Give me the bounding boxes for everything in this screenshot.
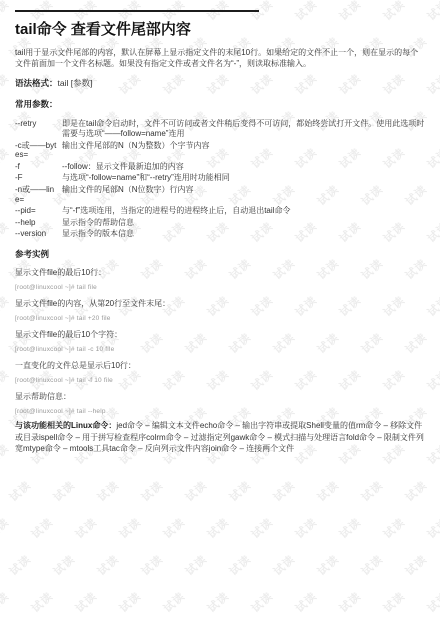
- param-description: --follow：显示文件最新追加的内容: [62, 162, 425, 172]
- example-command: [root@linuxcool ~]# tail --help: [15, 408, 425, 415]
- watermark-text: 试读: [380, 588, 409, 616]
- param-row: -c或——bytes= 输出文件尾部的N（N为整数）个字节内容: [15, 141, 425, 160]
- param-option: --version: [15, 229, 62, 239]
- param-description: 与“-f”选项连用，当指定的进程号的进程终止后，自动退出tail命令: [62, 206, 425, 216]
- watermark-text: 试读: [50, 477, 79, 505]
- watermark-text: 试读: [0, 588, 12, 616]
- document-page: 试读试读试读试读试读试读试读试读试读试读试读试读试读试读试读试读试读试读试读试读…: [0, 0, 440, 620]
- param-row: --help 显示指令的帮助信息: [15, 218, 425, 228]
- param-option: -F: [15, 173, 62, 183]
- watermark-text: 试读: [204, 514, 233, 542]
- watermark-text: 试读: [424, 514, 440, 542]
- param-row: -n或——line= 输出文件的尾部N（N位数字）行内容: [15, 185, 425, 204]
- example-description: 显示文件file的最后10个字符：: [15, 329, 425, 340]
- watermark-text: 试读: [226, 551, 255, 579]
- watermark-text: 试读: [380, 514, 409, 542]
- params-table: --retry 即是在tail命令启动时，文件不可访问或者文件稍后变得不可访问，…: [15, 119, 425, 239]
- watermark-text: 试读: [270, 477, 299, 505]
- watermark-text: 试读: [94, 477, 123, 505]
- param-row: -f --follow：显示文件最新追加的内容: [15, 162, 425, 172]
- watermark-text: 试读: [182, 551, 211, 579]
- param-row: -F 与选项“-follow=name”和“--retry”连用时功能相同: [15, 173, 425, 183]
- param-option: -c或——bytes=: [15, 141, 62, 160]
- watermark-text: 试读: [94, 551, 123, 579]
- watermark-text: 试读: [28, 514, 57, 542]
- watermark-text: 试读: [314, 477, 343, 505]
- watermark-text: 试读: [358, 551, 387, 579]
- watermark-text: 试读: [358, 477, 387, 505]
- param-description: 输出文件尾部的N（N为整数）个字节内容: [62, 141, 425, 160]
- param-description: 与选项“-follow=name”和“--retry”连用时功能相同: [62, 173, 425, 183]
- watermark-text: 试读: [138, 551, 167, 579]
- syntax-line: 语法格式：tail [参数]: [15, 77, 425, 89]
- watermark-text: 试读: [292, 588, 321, 616]
- watermark-text: 试读: [50, 551, 79, 579]
- param-option: -n或——line=: [15, 185, 62, 204]
- watermark-text: 试读: [160, 514, 189, 542]
- params-heading: 常用参数：: [15, 98, 425, 110]
- watermark-text: 试读: [182, 477, 211, 505]
- watermark-text: 试读: [314, 551, 343, 579]
- param-option: -f: [15, 162, 62, 172]
- example-command: [root@linuxcool ~]# tail -c 10 file: [15, 346, 425, 353]
- example-description: 一直变化的文件总是显示后10行：: [15, 360, 425, 371]
- watermark-text: 试读: [270, 551, 299, 579]
- watermark-text: 试读: [248, 514, 277, 542]
- watermark-text: 试读: [28, 588, 57, 616]
- watermark-text: 试读: [116, 514, 145, 542]
- example-command: [root@linuxcool ~]# tail -f 10 file: [15, 377, 425, 384]
- param-description: 即是在tail命令启动时，文件不可访问或者文件稍后变得不可访问，都始终尝试打开文…: [62, 119, 425, 138]
- watermark-text: 试读: [6, 551, 35, 579]
- watermark-text: 试读: [292, 514, 321, 542]
- related-commands-paragraph: 与该功能相关的Linux命令：jed命令 – 编辑文本文件echo命令 – 输出…: [15, 420, 425, 455]
- watermark-text: 试读: [160, 588, 189, 616]
- watermark-text: 试读: [336, 588, 365, 616]
- watermark-text: 试读: [116, 588, 145, 616]
- example-description: 显示文件file的内容，从第20行至文件末尾：: [15, 298, 425, 309]
- examples-heading-text: 参考实例: [15, 249, 49, 259]
- syntax-label: 语法格式：: [15, 78, 58, 88]
- param-row: --pid= 与“-f”选项连用，当指定的进程号的进程终止后，自动退出tail命…: [15, 206, 425, 216]
- param-row: --version 显示指令的版本信息: [15, 229, 425, 239]
- examples-heading: 参考实例: [15, 248, 425, 260]
- watermark-text: 试读: [204, 588, 233, 616]
- document-content: tail命令 查看文件尾部内容 tail用于显示文件尾部的内容，默认在屏幕上显示…: [0, 10, 440, 455]
- top-divider: [15, 10, 259, 12]
- watermark-text: 试读: [0, 514, 12, 542]
- related-commands-label: 与该功能相关的Linux命令：: [15, 421, 116, 430]
- param-row: --retry 即是在tail命令启动时，文件不可访问或者文件稍后变得不可访问，…: [15, 119, 425, 138]
- example-command: [root@linuxcool ~]# tail file: [15, 284, 425, 291]
- watermark-text: 试读: [424, 588, 440, 616]
- param-option: --pid=: [15, 206, 62, 216]
- param-description: 输出文件的尾部N（N位数字）行内容: [62, 185, 425, 204]
- watermark-text: 试读: [402, 551, 431, 579]
- example-description: 显示帮助信息：: [15, 391, 425, 402]
- param-description: 显示指令的版本信息: [62, 229, 425, 239]
- watermark-text: 试读: [226, 477, 255, 505]
- watermark-text: 试读: [72, 514, 101, 542]
- param-option: --help: [15, 218, 62, 228]
- watermark-text: 试读: [72, 588, 101, 616]
- syntax-value: tail [参数]: [58, 78, 93, 88]
- watermark-text: 试读: [336, 514, 365, 542]
- param-description: 显示指令的帮助信息: [62, 218, 425, 228]
- watermark-text: 试读: [402, 477, 431, 505]
- watermark-text: 试读: [6, 477, 35, 505]
- example-command: [root@linuxcool ~]# tail +20 file: [15, 315, 425, 322]
- params-heading-text: 常用参数：: [15, 99, 58, 109]
- page-title: tail命令 查看文件尾部内容: [15, 18, 425, 39]
- watermark-text: 试读: [248, 588, 277, 616]
- watermark-text: 试读: [138, 477, 167, 505]
- example-description: 显示文件file的最后10行：: [15, 267, 425, 278]
- param-option: --retry: [15, 119, 62, 138]
- intro-paragraph: tail用于显示文件尾部的内容，默认在屏幕上显示指定文件的末尾10行。如果给定的…: [15, 47, 425, 69]
